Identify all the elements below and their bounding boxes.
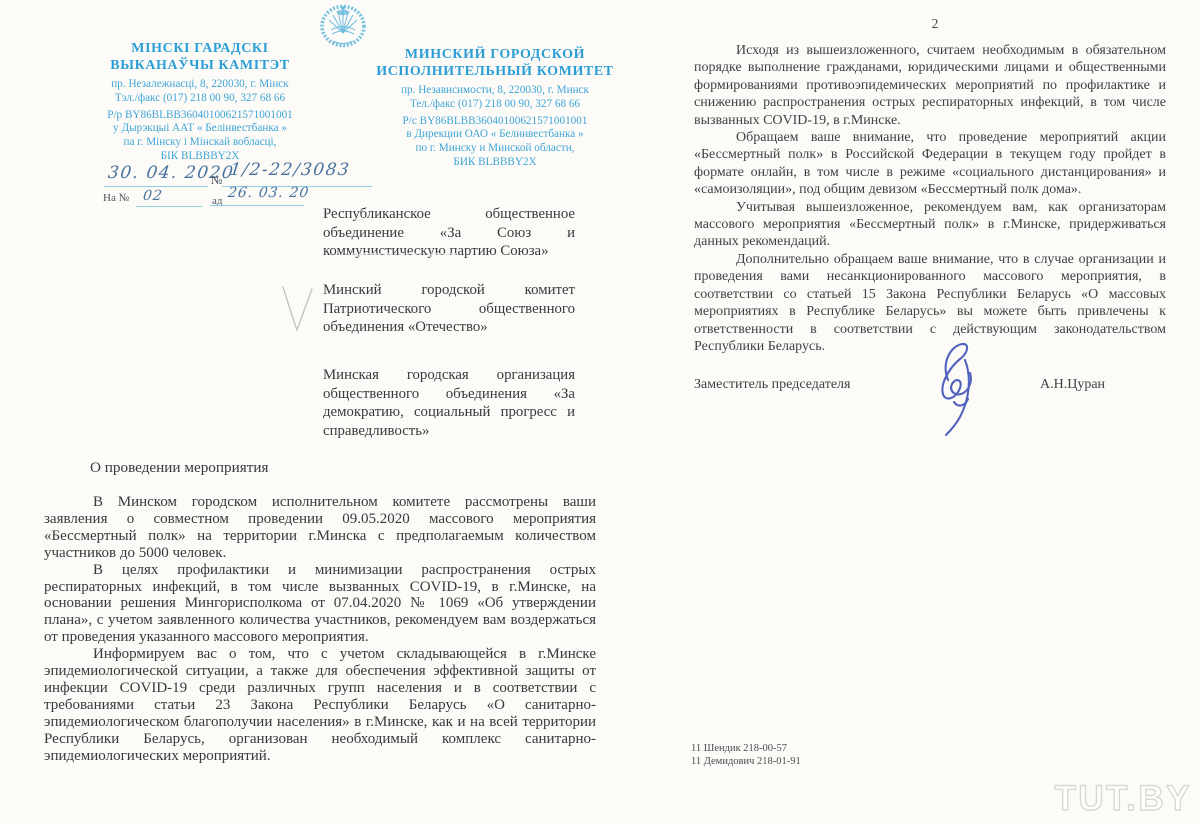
belarus-state-emblem-icon [318, 3, 368, 48]
letterhead-belarusian: МІНСКІ ГАРАДСКІ ВЫКАНАЎЧЫ КАМІТЭТ пр. Не… [95, 40, 305, 164]
outgoing-number-handwritten: 1/2-22/3083 [229, 160, 352, 180]
body-paragraph: В целях профилактики и минимизации распр… [44, 562, 596, 647]
faded-pencil-mark [352, 253, 456, 255]
org-name-by-line2: ВЫКАНАЎЧЫ КАМІТЭТ [95, 57, 305, 74]
executor-contact-line: 11 Шендик 218-00-57 [691, 742, 801, 755]
letter-body-page1: В Минском городском исполнительном комит… [44, 494, 596, 765]
ref-underline [136, 206, 202, 207]
executor-contacts: 11 Шендик 218-00-57 11 Демидович 218-01-… [691, 742, 801, 768]
ref-underline [210, 205, 304, 206]
org-phone-by: Тэл./факс (017) 218 00 90, 327 68 66 [95, 92, 305, 106]
signoff-title: Заместитель председателя [694, 377, 850, 393]
signoff-name: А.Н.Цуран [1040, 377, 1105, 393]
number-sign: № [211, 173, 222, 188]
incoming-number-handwritten: 02 [142, 188, 164, 204]
org-name-by-line1: МІНСКІ ГАРАДСКІ [95, 40, 305, 57]
org-region-ru: по г. Минску и Минской области, [350, 142, 640, 156]
org-bik-ru: БИК BLBBBY2X [350, 156, 640, 170]
ref-underline [104, 186, 208, 187]
org-name-ru-line2: ИСПОЛНИТЕЛЬНЫЙ КОМИТЕТ [350, 63, 640, 80]
subject-line: О проведении мероприятия [90, 459, 268, 477]
org-bank-by: у Дырэкцыі ААТ « Белінвестбанка » [95, 122, 305, 136]
page-number: 2 [925, 16, 945, 32]
pencil-checkmark-icon [281, 283, 315, 335]
org-address-ru: пр. Независимости, 8, 220030, г. Минск [350, 84, 640, 98]
addressee-block: Минская городская организация общественн… [323, 366, 575, 440]
scanned-letter: МІНСКІ ГАРАДСКІ ВЫКАНАЎЧЫ КАМІТЭТ пр. Не… [0, 0, 1200, 823]
body-paragraph: В Минском городском исполнительном комит… [44, 494, 596, 562]
na-number-label: На № [103, 192, 129, 204]
body-paragraph: Исходя из вышеизложенного, считаем необх… [694, 42, 1166, 129]
org-bank-ru: в Дирекции ОАО « Белинвестбанка » [350, 128, 640, 142]
letter-body-page2: Исходя из вышеизложенного, считаем необх… [694, 42, 1166, 355]
org-name-ru-line1: МИНСКИЙ ГОРОДСКОЙ [350, 46, 640, 63]
signature-icon [918, 340, 996, 438]
addressee-block: Минский городской комитет Патриотическог… [323, 281, 575, 337]
body-paragraph: Информируем вас о том, что с учетом скла… [44, 646, 596, 764]
org-phone-ru: Тел./факс (017) 218 00 90, 327 68 66 [350, 98, 640, 112]
executor-contact-line: 11 Демидович 218-01-91 [691, 755, 801, 768]
letterhead-russian: МИНСКИЙ ГОРОДСКОЙ ИСПОЛНИТЕЛЬНЫЙ КОМИТЕТ… [350, 46, 640, 170]
org-address-by: пр. Незалежнасці, 8, 220030, г. Мінск [95, 78, 305, 92]
body-paragraph: Учитывая вышеизложенное, рекомендуем вам… [694, 199, 1166, 251]
org-account-ru: Р/с BY86BLBB36040100621571001001 [350, 115, 640, 129]
incoming-date-handwritten: 26. 03. 20 [227, 185, 310, 201]
body-paragraph: Обращаем ваше внимание, что проведение м… [694, 129, 1166, 199]
org-account-by: Р/р BY86BLBB36040100621571001001 [95, 109, 305, 123]
org-region-by: па г. Мінску і Мінскай вобласці, [95, 136, 305, 150]
tutby-watermark: TUT.BY [1055, 779, 1193, 819]
